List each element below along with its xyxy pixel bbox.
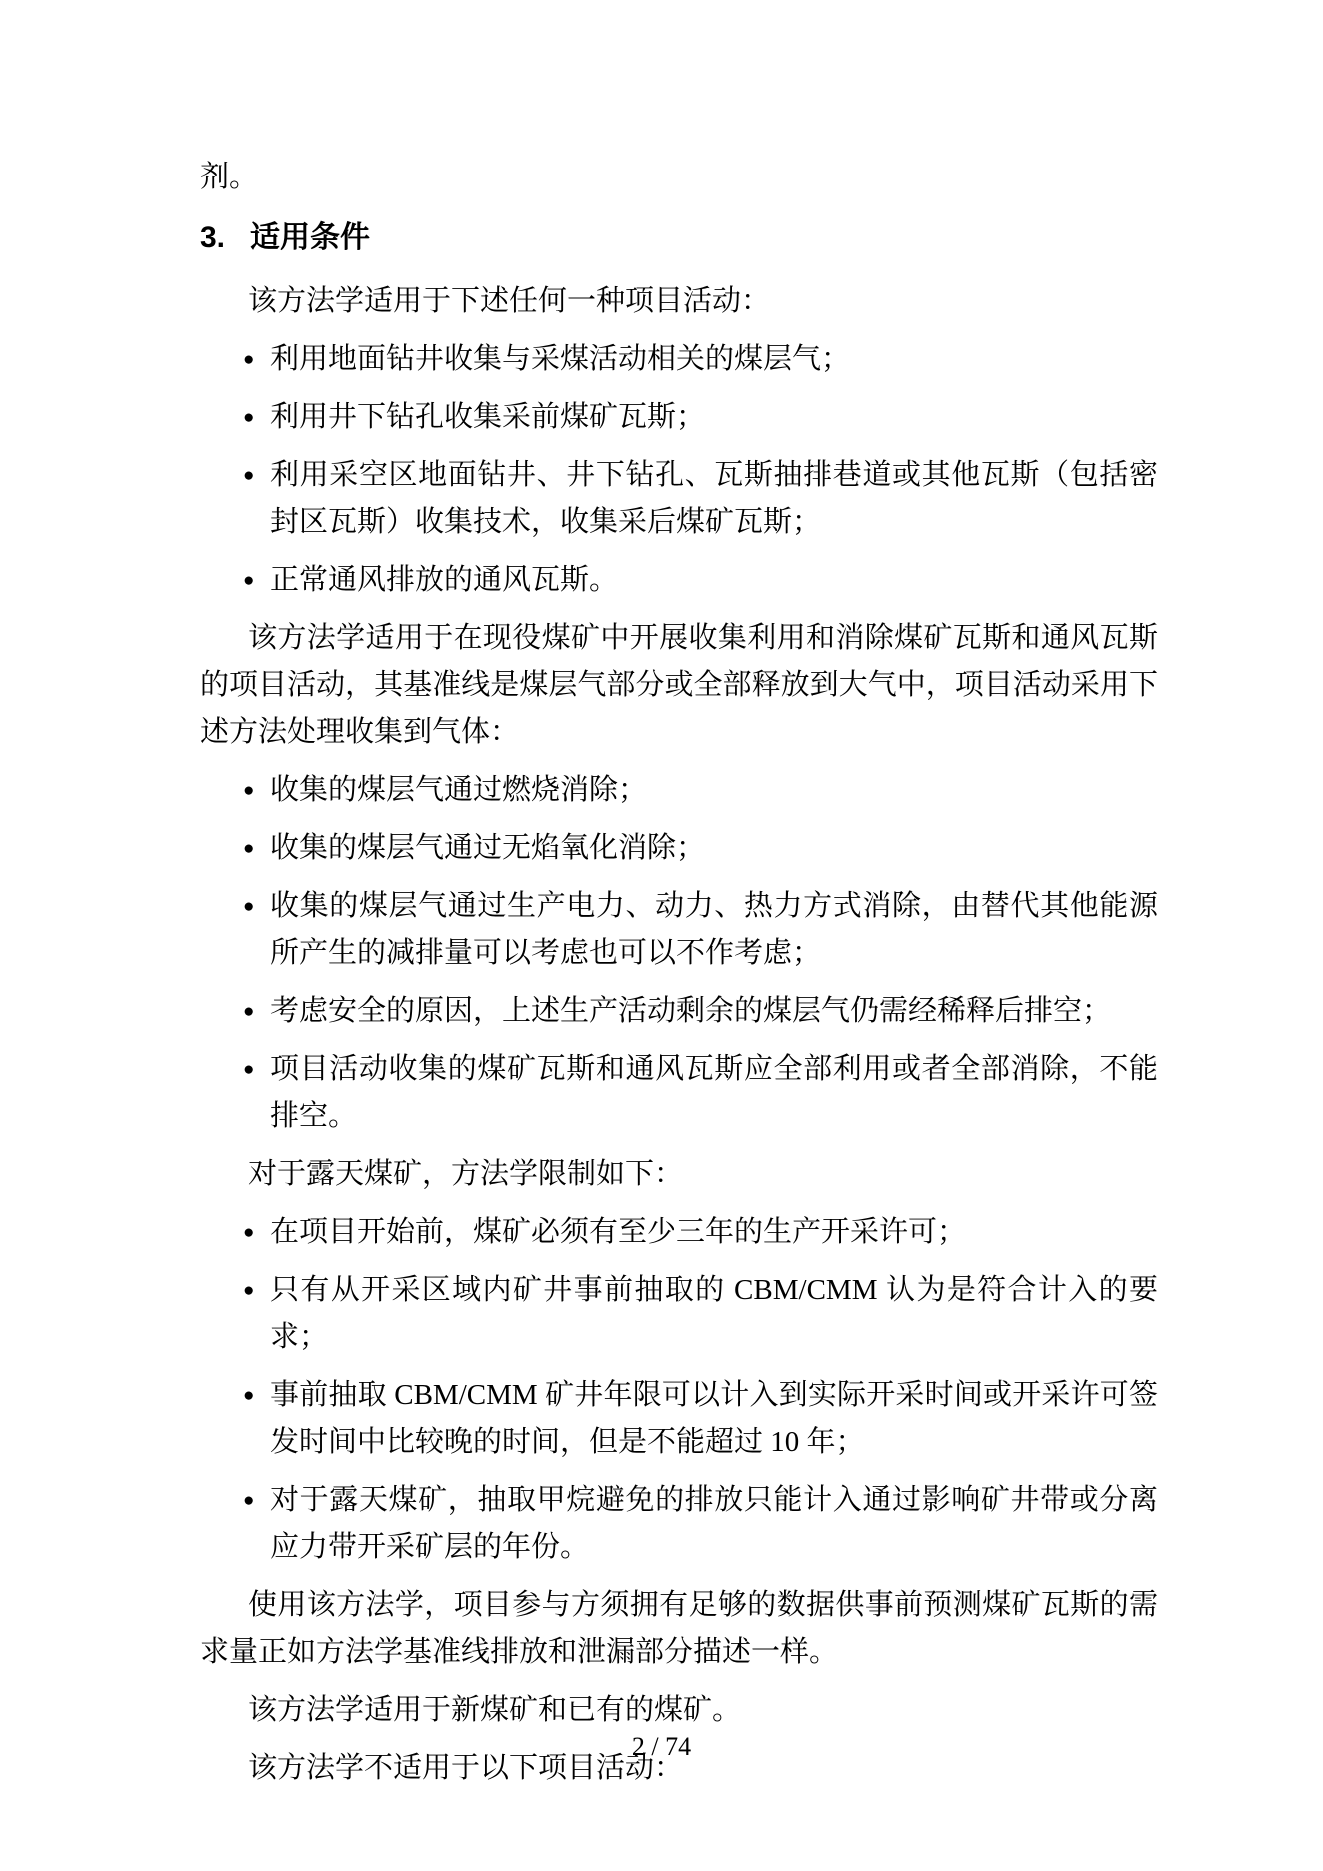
list-item-text: 对于露天煤矿，抽取甲烷避免的排放只能计入通过影响矿井带或分离应力带开采矿层的年份… bbox=[270, 1477, 1158, 1571]
bullet-icon: ● bbox=[243, 336, 270, 383]
list-item-text: 项目活动收集的煤矿瓦斯和通风瓦斯应全部利用或者全部消除，不能排空。 bbox=[270, 1046, 1158, 1140]
section-heading: 3. 适用条件 bbox=[200, 214, 1158, 261]
bullet-icon: ● bbox=[243, 1267, 270, 1361]
list-item: ● 对于露天煤矿，抽取甲烷避免的排放只能计入通过影响矿井带或分离应力带开采矿层的… bbox=[200, 1477, 1158, 1571]
paragraph: 对于露天煤矿，方法学限制如下： bbox=[200, 1151, 1158, 1198]
list-item: ● 收集的煤层气通过无焰氧化消除； bbox=[200, 825, 1158, 872]
paragraph: 该方法学适用于新煤矿和已有的煤矿。 bbox=[200, 1687, 1158, 1734]
list-item: ● 在项目开始前，煤矿必须有至少三年的生产开采许可； bbox=[200, 1209, 1158, 1256]
list-item-text: 收集的煤层气通过无焰氧化消除； bbox=[270, 825, 1158, 872]
bullet-icon: ● bbox=[243, 883, 270, 977]
list-item: ● 考虑安全的原因，上述生产活动剩余的煤层气仍需经稀释后排空； bbox=[200, 988, 1158, 1035]
list-item: ● 利用采空区地面钻井、井下钻孔、瓦斯抽排巷道或其他瓦斯（包括密封区瓦斯）收集技… bbox=[200, 452, 1158, 546]
list-item-text: 正常通风排放的通风瓦斯。 bbox=[270, 557, 1158, 604]
list-item-text: 收集的煤层气通过燃烧消除； bbox=[270, 767, 1158, 814]
bullet-icon: ● bbox=[243, 452, 270, 546]
list-item-text: 事前抽取 CBM/CMM 矿井年限可以计入到实际开采时间或开采许可签发时间中比较… bbox=[270, 1372, 1158, 1466]
list-item-text: 考虑安全的原因，上述生产活动剩余的煤层气仍需经稀释后排空； bbox=[270, 988, 1158, 1035]
list-item-text: 利用地面钻井收集与采煤活动相关的煤层气； bbox=[270, 336, 1158, 383]
document-page: 剂。 3. 适用条件 该方法学适用于下述任何一种项目活动： ● 利用地面钻井收集… bbox=[0, 0, 1323, 1871]
list-item: ● 项目活动收集的煤矿瓦斯和通风瓦斯应全部利用或者全部消除，不能排空。 bbox=[200, 1046, 1158, 1140]
list-item: ● 利用地面钻井收集与采煤活动相关的煤层气； bbox=[200, 336, 1158, 383]
list-item: ● 收集的煤层气通过燃烧消除； bbox=[200, 767, 1158, 814]
paragraph: 该方法学适用于在现役煤矿中开展收集利用和消除煤矿瓦斯和通风瓦斯的项目活动，其基准… bbox=[200, 615, 1158, 756]
list-item: ● 事前抽取 CBM/CMM 矿井年限可以计入到实际开采时间或开采许可签发时间中… bbox=[200, 1372, 1158, 1466]
paragraph: 该方法学适用于下述任何一种项目活动： bbox=[200, 278, 1158, 325]
bullet-icon: ● bbox=[243, 825, 270, 872]
bullet-icon: ● bbox=[243, 1209, 270, 1256]
bullet-icon: ● bbox=[243, 767, 270, 814]
list-item-text: 收集的煤层气通过生产电力、动力、热力方式消除，由替代其他能源所产生的减排量可以考… bbox=[270, 883, 1158, 977]
list-item: ● 只有从开采区域内矿井事前抽取的 CBM/CMM 认为是符合计入的要求； bbox=[200, 1267, 1158, 1361]
section-number: 3. bbox=[200, 214, 250, 261]
paragraph: 使用该方法学，项目参与方须拥有足够的数据供事前预测煤矿瓦斯的需求量正如方法学基准… bbox=[200, 1582, 1158, 1676]
list-item-text: 只有从开采区域内矿井事前抽取的 CBM/CMM 认为是符合计入的要求； bbox=[270, 1267, 1158, 1361]
list-item-text: 利用采空区地面钻井、井下钻孔、瓦斯抽排巷道或其他瓦斯（包括密封区瓦斯）收集技术，… bbox=[270, 452, 1158, 546]
page-number: 2 / 74 bbox=[0, 1732, 1323, 1762]
bullet-icon: ● bbox=[243, 1046, 270, 1140]
list-item: ● 正常通风排放的通风瓦斯。 bbox=[200, 557, 1158, 604]
paragraph-continuation: 剂。 bbox=[200, 154, 1158, 201]
bullet-icon: ● bbox=[243, 988, 270, 1035]
section-title: 适用条件 bbox=[250, 214, 370, 261]
bullet-icon: ● bbox=[243, 557, 270, 604]
bullet-icon: ● bbox=[243, 1477, 270, 1571]
list-item: ● 收集的煤层气通过生产电力、动力、热力方式消除，由替代其他能源所产生的减排量可… bbox=[200, 883, 1158, 977]
bullet-icon: ● bbox=[243, 1372, 270, 1466]
list-item-text: 利用井下钻孔收集采前煤矿瓦斯； bbox=[270, 394, 1158, 441]
list-item: ● 利用井下钻孔收集采前煤矿瓦斯； bbox=[200, 394, 1158, 441]
list-item-text: 在项目开始前，煤矿必须有至少三年的生产开采许可； bbox=[270, 1209, 1158, 1256]
bullet-icon: ● bbox=[243, 394, 270, 441]
